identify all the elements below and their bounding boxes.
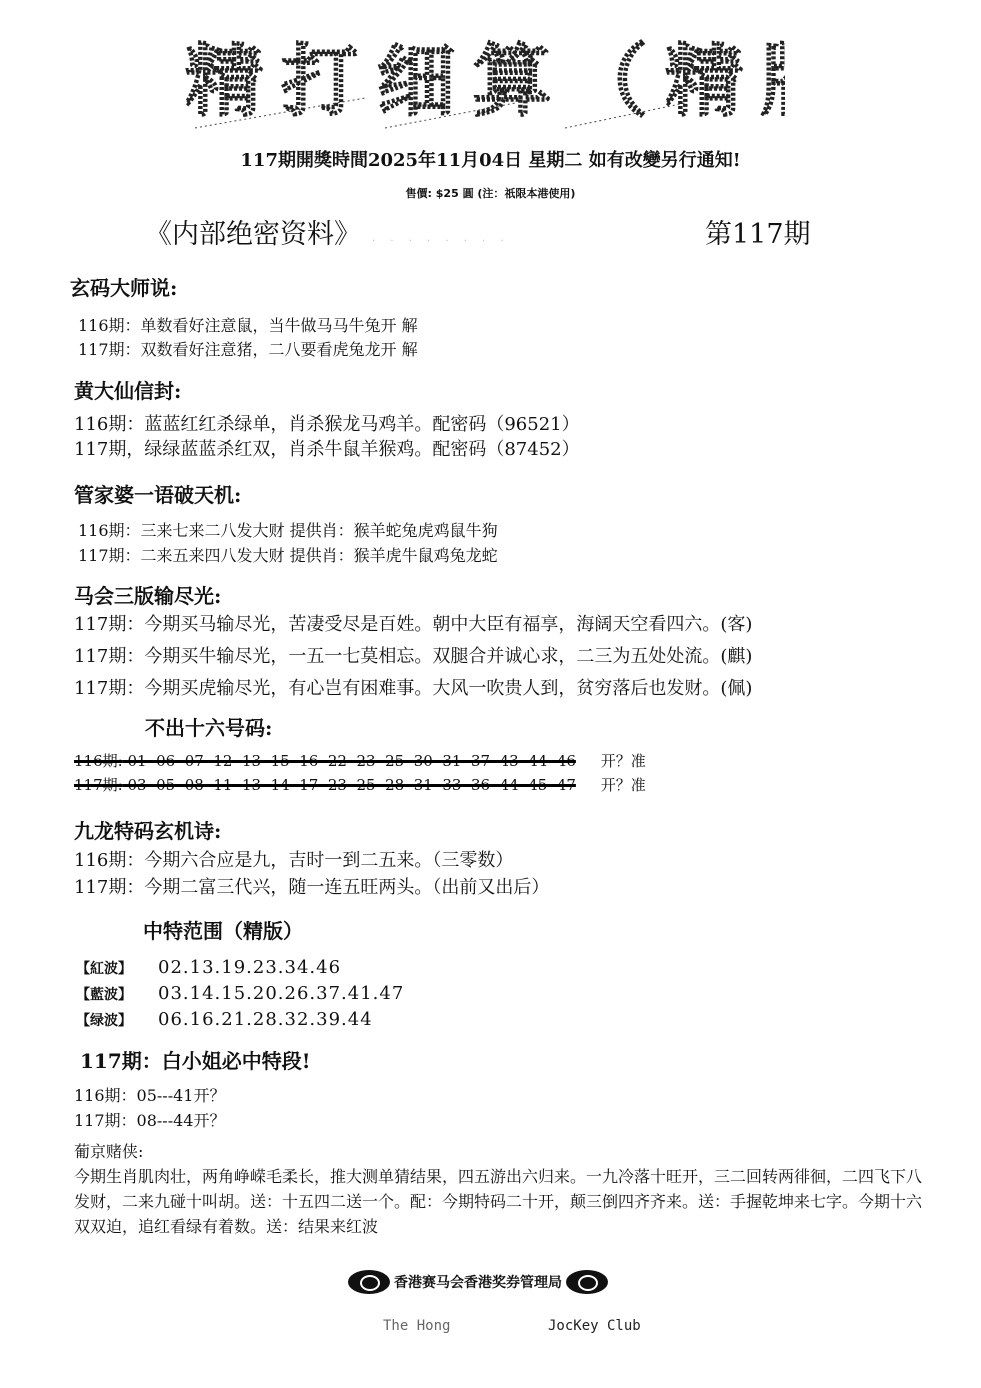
footer-org-name: 香港赛马会香港奖券管理局 (394, 1272, 562, 1292)
xuanma-line-116: 116期：单数看好注意鼠，当牛做马马牛兔开 解 (78, 313, 418, 336)
buchu-row-117-label: 117期: (74, 776, 123, 794)
section-heading-huangdaxian: 黄大仙信封: (74, 375, 181, 404)
guanjiapo-line-116: 116期：三来七来二八发大财 提供肖：猴羊蛇兔虎鸡鼠牛狗 (78, 518, 498, 541)
footer-english-right: JocKey Club (548, 1318, 641, 1334)
mahui-line-ox: 117期：今期买牛输尽光，一五一七莫相忘。双腿合并诚心求，二三为五处处流。(麒) (74, 642, 752, 668)
wave-label-red: 【紅波】 (76, 958, 158, 978)
buchu-row-117-numbers: 117期: 03 05 08 11 13 14 17 23 25 28 31 3… (74, 776, 576, 794)
buchu-row-117: 117期: 03 05 08 11 13 14 17 23 25 28 31 3… (74, 774, 646, 795)
jockey-club-logo-icon (348, 1270, 390, 1294)
buchu-row-117-tail: 开？准 (601, 776, 646, 794)
decorative-dots: · · · · · · · · (372, 236, 510, 247)
section-heading-pujing: 葡京赌侠: (74, 1139, 143, 1162)
wave-row-red: 【紅波】02.13.19.23.34.46 (76, 957, 341, 978)
section-heading-xuanma: 玄码大师说: (70, 272, 177, 301)
document-title: 《内部绝密资料》 (145, 212, 361, 251)
wave-row-blue: 【藍波】03.14.15.20.26.37.41.47 (76, 983, 404, 1004)
buchu-row-116-tail: 开？准 (601, 752, 646, 770)
masthead-title: 精打细算（精版） (185, 18, 785, 133)
wave-numbers-blue: 03.14.15.20.26.37.41.47 (158, 983, 404, 1004)
section-heading-baixiaojie: 117期：白小姐必中特段! (80, 1045, 311, 1074)
issue-number: 第117期 (705, 212, 811, 251)
section-heading-guanjiapo: 管家婆一语破天机: (74, 479, 241, 508)
guanjiapo-line-117: 117期：二来五来四八发大财 提供肖：猴羊虎牛鼠鸡兔龙蛇 (78, 543, 498, 566)
baixiaojie-line-117: 117期：08---44开？ (74, 1108, 225, 1131)
jiulong-line-116: 116期：今期六合应是九，吉时一到二五来。（三零数） (74, 846, 513, 872)
footer-english-left: The Hong (383, 1318, 450, 1334)
price-note: 售價: $25 圓 (注：祇限本港使用) (0, 185, 981, 201)
buchu-row-117-values: 03 05 08 11 13 14 17 23 25 28 31 33 36 4… (127, 776, 575, 794)
buchu-row-116-label: 116期: (74, 752, 123, 770)
buchu-row-116: 116期: 01 06 07 12 13 15 16 22 23 25 30 3… (74, 750, 646, 771)
section-heading-mahui: 马会三版输尽光: (74, 580, 221, 609)
huangdaxian-line-117: 117期，绿绿蓝蓝杀红双，肖杀牛鼠羊猴鸡。配密码（87452） (74, 435, 580, 461)
section-heading-zhongte: 中特范围（精版） (143, 915, 303, 944)
wave-label-blue: 【藍波】 (76, 984, 158, 1004)
huangdaxian-line-116: 116期：蓝蓝红红杀绿单，肖杀猴龙马鸡羊。配密码（96521） (74, 410, 580, 436)
section-heading-buchu: 不出十六号码: (145, 712, 272, 741)
xuanma-line-117: 117期：双数看好注意猪，二八要看虎兔龙开 解 (78, 337, 418, 360)
buchu-row-116-numbers: 116期: 01 06 07 12 13 15 16 22 23 25 30 3… (74, 752, 576, 770)
draw-notice: 117期開獎時間2025年11月04日 星期二 如有改變另行通知! (0, 146, 981, 172)
section-heading-jiulong: 九龙特码玄机诗: (74, 815, 221, 844)
masthead-text: 精打细算（精版） (185, 36, 785, 127)
wave-numbers-green: 06.16.21.28.32.39.44 (158, 1009, 373, 1030)
wave-label-green: 【绿波】 (76, 1010, 158, 1030)
mahui-line-tiger: 117期：今期买虎输尽光，有心岂有困难事。大风一吹贵人到，贫穷落后也发财。(佩) (74, 674, 752, 700)
footer-organization: 香港赛马会香港奖券管理局 (348, 1270, 608, 1294)
jockey-club-logo-icon (566, 1270, 608, 1294)
buchu-row-116-values: 01 06 07 12 13 15 16 22 23 25 30 31 37 4… (127, 752, 575, 770)
jiulong-line-117: 117期：今期二富三代兴，随一连五旺两头。（出前又出后） (74, 873, 549, 899)
wave-numbers-red: 02.13.19.23.34.46 (158, 957, 341, 978)
baixiaojie-line-116: 116期：05---41开？ (74, 1083, 225, 1106)
wave-row-green: 【绿波】06.16.21.28.32.39.44 (76, 1009, 373, 1030)
masthead-art: 精打细算（精版） (185, 18, 785, 133)
mahui-line-horse: 117期：今期买马输尽光，苦凄受尽是百姓。朝中大臣有福享，海阔天空看四六。(客) (74, 610, 752, 636)
pujing-paragraph: 今期生肖肌肉壮，两角峥嵘毛柔长，推大测单猜结果，四五游出六归来。一九冷落十旺开，… (74, 1164, 934, 1239)
